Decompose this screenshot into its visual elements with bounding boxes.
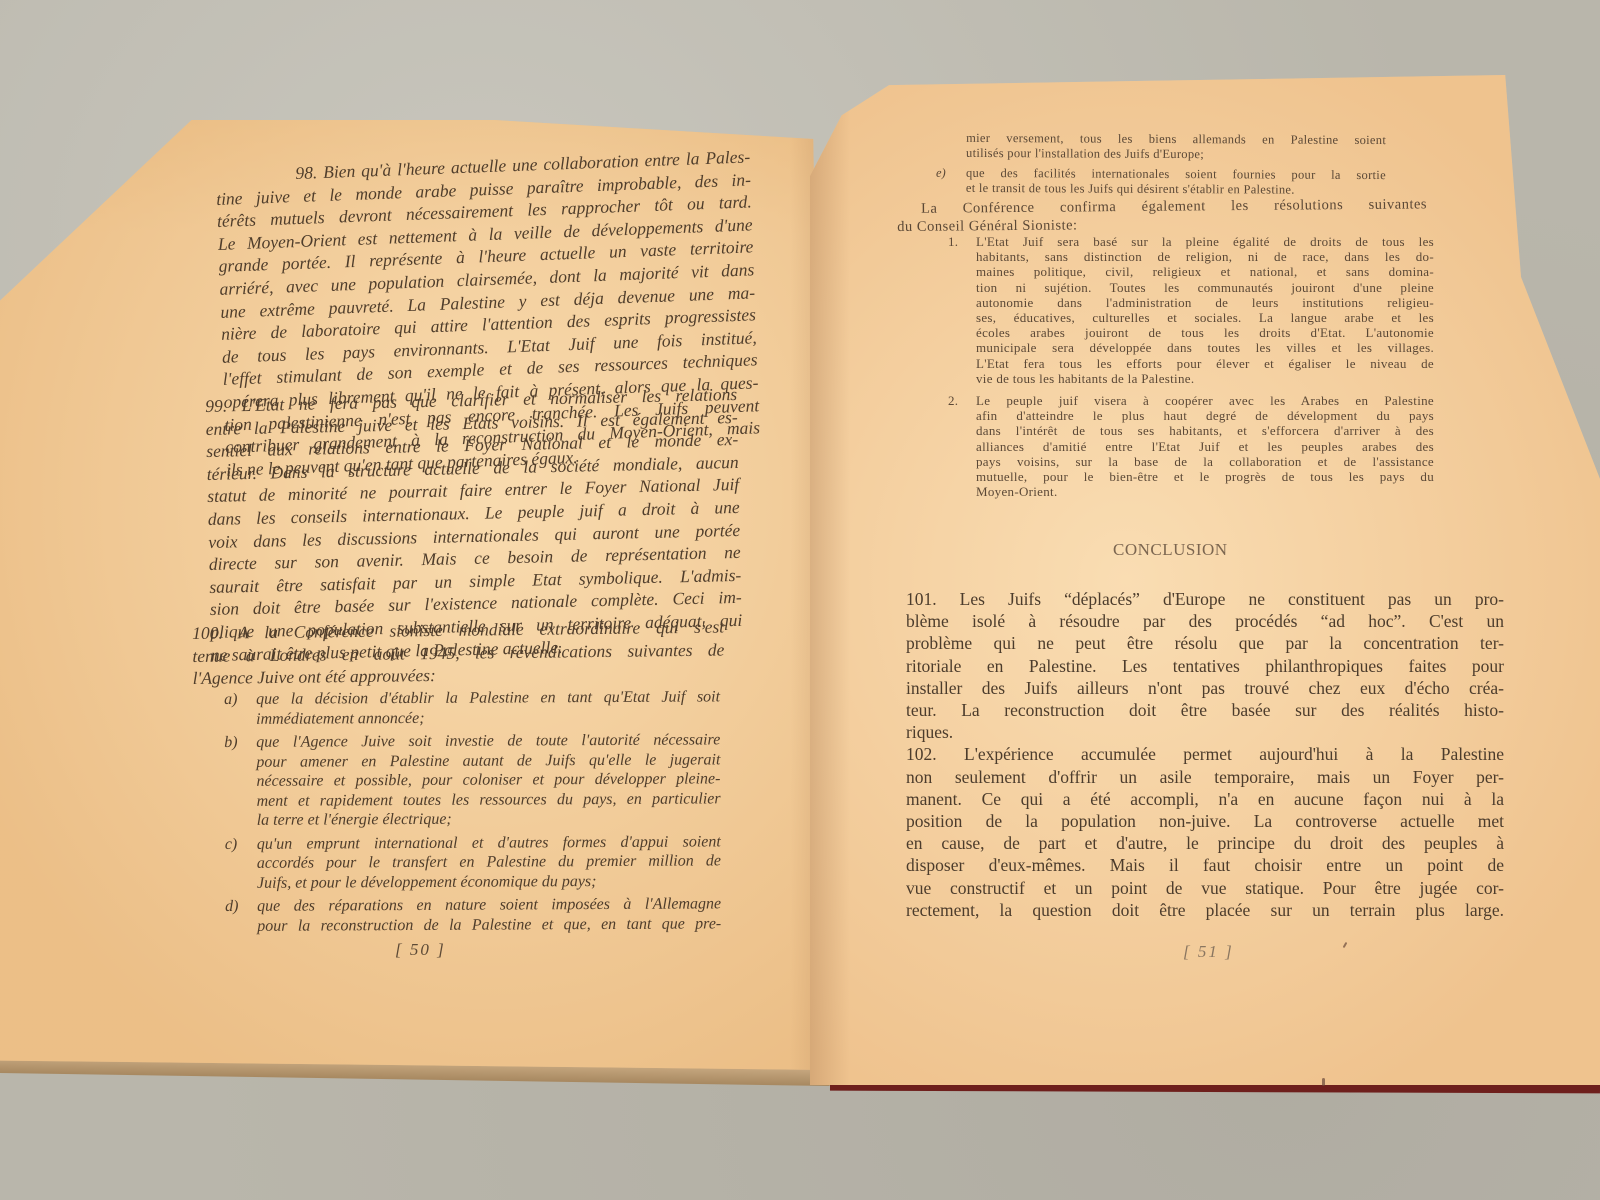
list-marker: b) bbox=[222, 733, 257, 831]
list-marker: d) bbox=[223, 897, 257, 936]
text-line: position de la population non-juive. La … bbox=[906, 810, 1504, 832]
text-line: disposer d'eux-mêmes. Mais il faut chois… bbox=[906, 854, 1504, 876]
text-line: habitants, sans distinction de religion,… bbox=[976, 249, 1434, 264]
section-heading-conclusion: CONCLUSION bbox=[1113, 540, 1228, 560]
text-line: écoles arabes jouiront de tous les droit… bbox=[976, 325, 1434, 340]
text-line: en cause, de part et d'autre, le princip… bbox=[906, 832, 1504, 854]
text-line: pour la reconstruction de la Palestine e… bbox=[257, 914, 721, 936]
list-marker: 1. bbox=[948, 234, 976, 386]
text-line: vue constructif et un point de vue stati… bbox=[906, 877, 1504, 899]
text-line: pays voisins, sur la base de la collabor… bbox=[976, 454, 1434, 469]
open-book-photo: 98. Bien qu'à l'heure actuelle une colla… bbox=[0, 0, 1600, 1200]
text-line: municipale sera développée dans toutes l… bbox=[976, 340, 1434, 355]
text-line: qu'un emprunt international et d'autres … bbox=[257, 832, 721, 854]
text-line: mutuelle, pour le bien-être et le progrè… bbox=[976, 469, 1434, 484]
text-line: tion ni sujétion. Toutes les communautés… bbox=[976, 280, 1434, 295]
text-line: teur. La reconstruction doit être basée … bbox=[906, 699, 1504, 721]
text-line: autonomie dans l'administration de leurs… bbox=[976, 295, 1434, 310]
text-line: que l'Agence Juive soit investie de tout… bbox=[256, 730, 720, 752]
resolutions-list: 1. L'Etat Juif sera basé sur la pleine é… bbox=[948, 234, 1434, 506]
left-page-body-3: 100. A la Conférence sioniste mondiale e… bbox=[192, 616, 725, 690]
text-line: utilisés pour l'installation des Juifs d… bbox=[966, 146, 1386, 163]
list-marker: a) bbox=[222, 690, 256, 729]
list-item: c) qu'un emprunt international et d'autr… bbox=[223, 832, 721, 893]
text-line: nécessaire et possible, pour coloniser e… bbox=[256, 769, 720, 791]
text-line: pour amener en Palestine autant de Juifs… bbox=[256, 750, 720, 772]
text-line: immédiatement annoncée; bbox=[256, 707, 720, 729]
list-item: 2. Le peuple juif visera à coopérer avec… bbox=[948, 393, 1434, 499]
list-marker: 2. bbox=[948, 393, 976, 499]
text-line: problème qui ne peut être résolu que par… bbox=[906, 632, 1504, 654]
list-item: b) que l'Agence Juive soit investie de t… bbox=[222, 730, 721, 830]
list-item: e) que des facilités internationales soi… bbox=[966, 166, 1386, 198]
conference-intro: La Conférence confirma également les rés… bbox=[897, 195, 1427, 236]
demands-list: a) que la décision d'établir la Palestin… bbox=[222, 687, 721, 940]
text-line: dans l'intérêt de tous ses habitants, et… bbox=[976, 423, 1434, 438]
list-marker: e) bbox=[936, 166, 966, 196]
text-line: que la décision d'établir la Palestine e… bbox=[256, 687, 720, 709]
text-line: alliances d'amitié entre l'Etat Juif et … bbox=[976, 439, 1434, 454]
text-line: L'Etat fera tous les efforts pour élever… bbox=[976, 356, 1434, 371]
text-line: afin d'atteindre le plus haut degré de d… bbox=[976, 408, 1434, 423]
text-line: manent. Ce qui a été accompli, n'a en au… bbox=[906, 788, 1504, 810]
text-line: rectement, la question doit être placée … bbox=[906, 899, 1504, 921]
text-line: vie de tous les habitants de la Palestin… bbox=[976, 371, 1434, 386]
text-line: ses, éducatives, culturelles et sociales… bbox=[976, 310, 1434, 325]
conclusion-body: 101. Les Juifs “déplacés” d'Europe ne co… bbox=[906, 588, 1504, 921]
list-marker: c) bbox=[223, 834, 257, 893]
text-line: 102. L'expérience accumulée permet aujou… bbox=[906, 743, 1504, 765]
list-item: 1. L'Etat Juif sera basé sur la pleine é… bbox=[948, 234, 1434, 386]
text-line: installer des Juifs ailleurs n'ont pas t… bbox=[906, 677, 1504, 699]
text-line: non seulement d'offrir un asile temporai… bbox=[906, 766, 1504, 788]
right-page-continuation: mier versement, tous les biens allemands… bbox=[966, 131, 1386, 201]
text-line: la terre et l'énergie électrique; bbox=[257, 808, 721, 830]
list-item: a) que la décision d'établir la Palestin… bbox=[222, 687, 720, 729]
text-line: riques. bbox=[906, 721, 1504, 743]
page-number-right: [ 51 ] bbox=[1183, 942, 1234, 962]
text-line: ritoriale en Palestine. Les tentatives p… bbox=[906, 655, 1504, 677]
text-line: Le peuple juif visera à coopérer avec le… bbox=[976, 393, 1434, 408]
list-item: d) que des réparations en nature soient … bbox=[223, 894, 721, 936]
text-line: blème isolé à résoudre par des procédés … bbox=[906, 610, 1504, 632]
text-line: L'Etat Juif sera basé sur la pleine égal… bbox=[976, 234, 1434, 249]
text-line: Juifs, et pour le développement économiq… bbox=[257, 871, 721, 893]
text-line: ment et rapidement toutes les ressources… bbox=[257, 789, 721, 811]
text-line: maines politique, civil, religieux et na… bbox=[976, 264, 1434, 279]
paper-blemish bbox=[1322, 1078, 1325, 1086]
text-line: que des réparations en nature soient imp… bbox=[257, 894, 721, 916]
text-line: 101. Les Juifs “déplacés” d'Europe ne co… bbox=[906, 588, 1504, 610]
text-line: Moyen-Orient. bbox=[976, 484, 1434, 499]
page-number-left: [ 50 ] bbox=[395, 940, 446, 960]
text-line: accordés pour le transfert en Palestine … bbox=[257, 851, 721, 873]
